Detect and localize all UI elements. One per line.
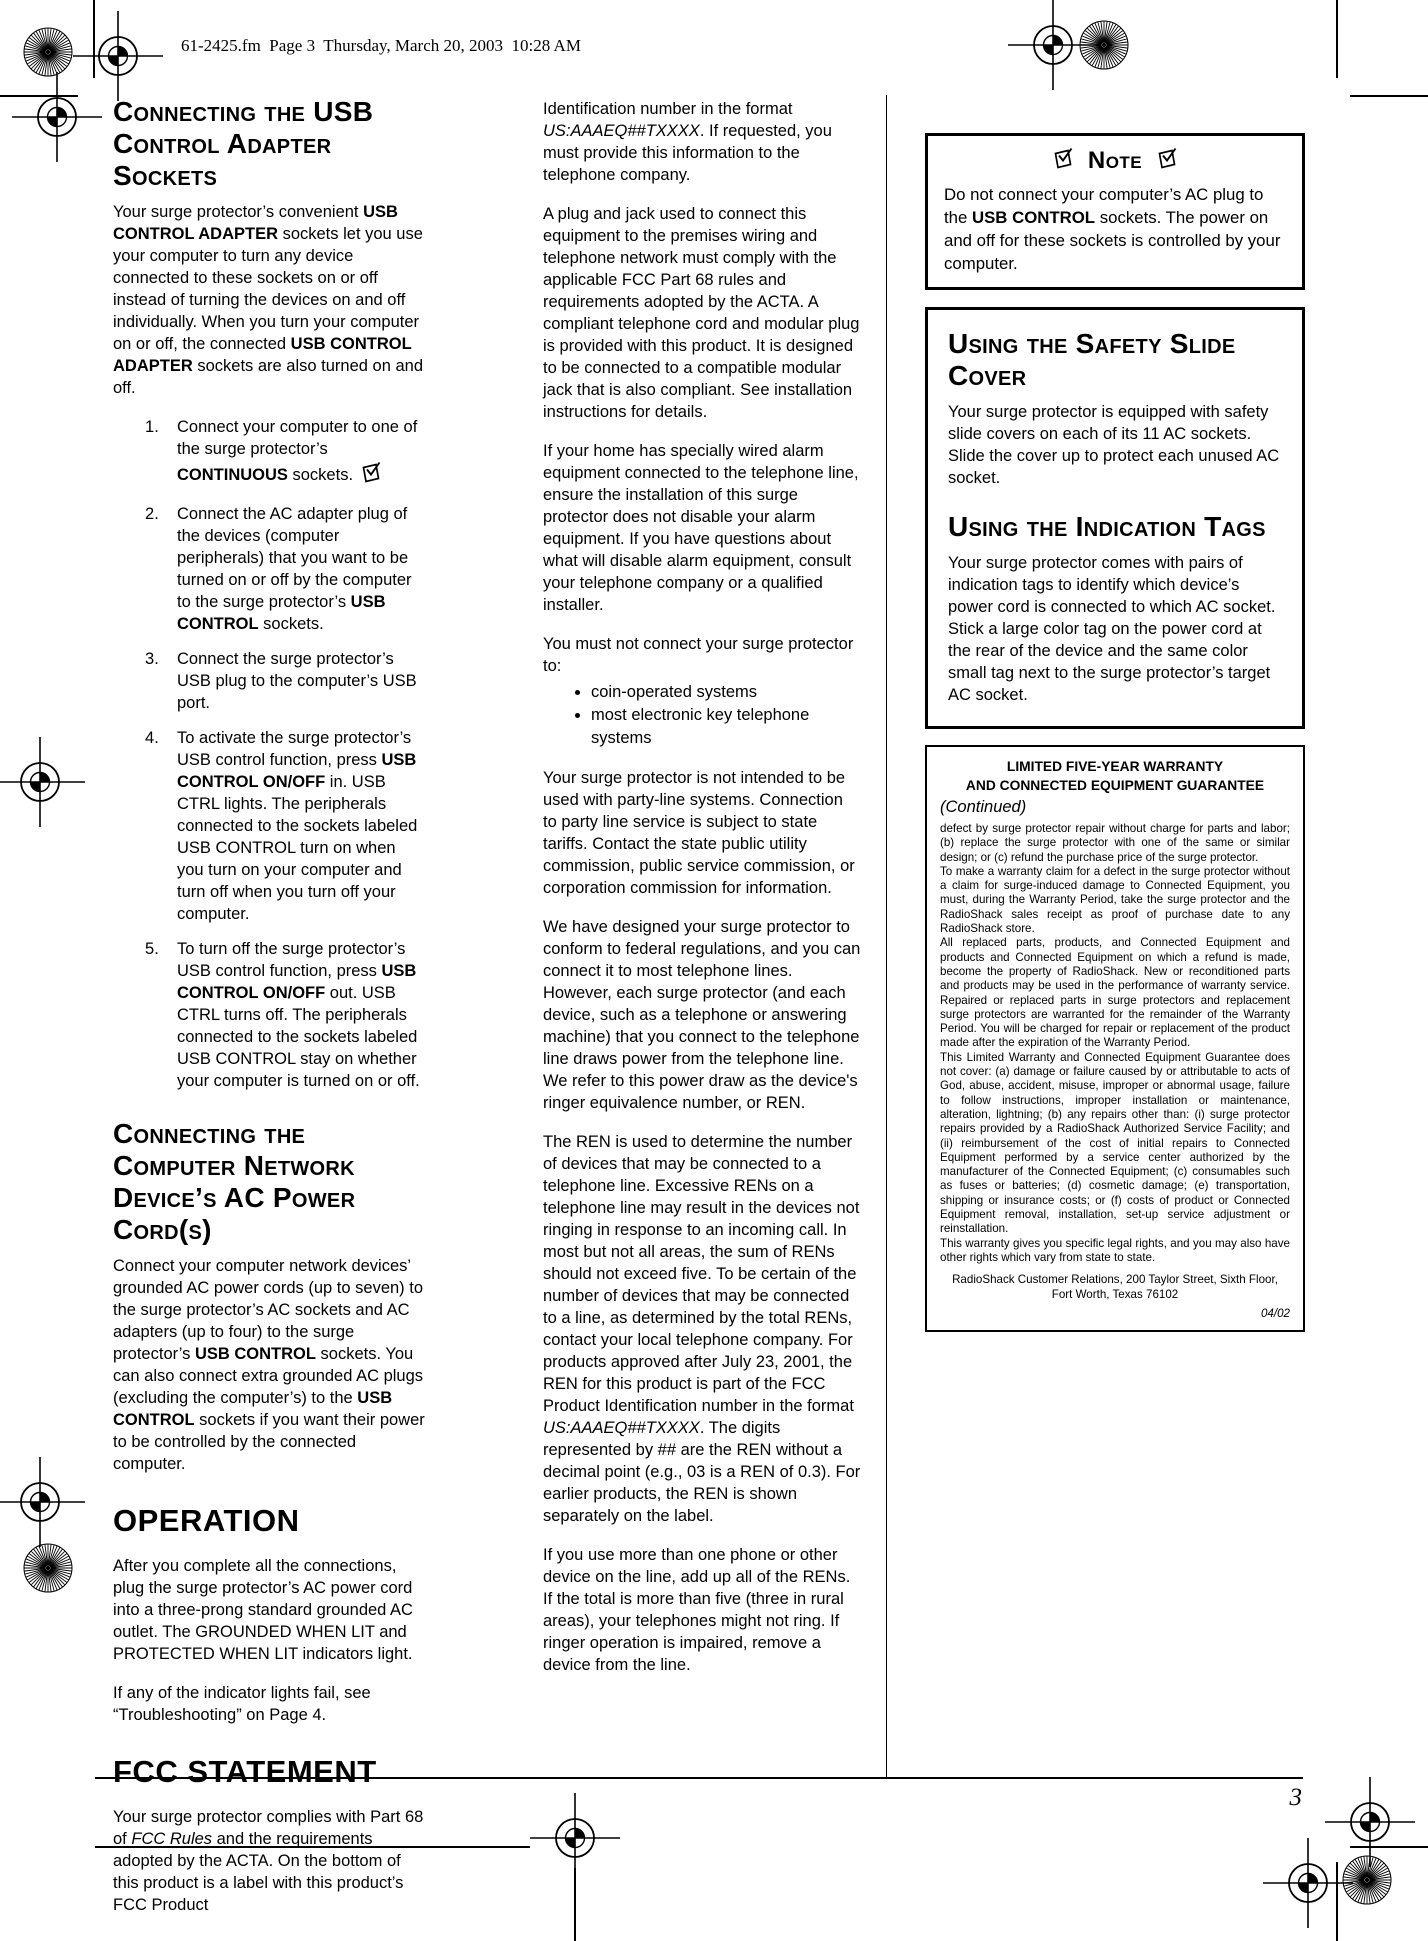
- registration-starburst-icon: [1078, 19, 1130, 76]
- paragraph: A plug and jack used to connect this equ…: [543, 203, 861, 423]
- paragraph: Your surge protector is not intended to …: [543, 767, 861, 899]
- paragraph: Your surge protector’s convenient USB CO…: [113, 201, 426, 399]
- note-title: Note: [1088, 147, 1142, 175]
- paragraph: After you complete all the connections, …: [113, 1555, 426, 1665]
- paragraph: You must not connect your surge protecto…: [543, 633, 861, 677]
- right-column: Note Do not connect your computer’s AC p…: [925, 133, 1305, 1332]
- warranty-revision-date: 04/02: [940, 1307, 1290, 1320]
- column-divider: [886, 95, 887, 1778]
- warranty-paragraph: This warranty gives you specific legal r…: [940, 1237, 1290, 1266]
- warranty-address: RadioShack Customer Relations, 200 Taylo…: [940, 1272, 1290, 1302]
- step-item: To turn off the surge protector’s USB co…: [113, 938, 426, 1092]
- section-heading-operation: OPERATION: [113, 1503, 426, 1539]
- section-heading-network-power-cords: Connecting the Computer Network Device’s…: [113, 1118, 426, 1246]
- paragraph: Connect your computer network devices’ g…: [113, 1255, 426, 1475]
- warranty-paragraph: To make a warranty claim for a defect in…: [940, 865, 1290, 936]
- paragraph: The REN is used to determine the number …: [543, 1131, 861, 1527]
- footer-rule: [95, 1777, 1303, 1779]
- registration-starburst-icon: [1341, 1854, 1393, 1911]
- paragraph: Your surge protector comes with pairs of…: [948, 552, 1282, 706]
- note-checklist-icon: [1050, 146, 1076, 175]
- registration-crosshair-icon: [0, 1456, 86, 1553]
- paragraph: If your home has specially wired alarm e…: [543, 440, 861, 616]
- crop-line: [1336, 0, 1338, 78]
- address-line: Fort Worth, Texas 76102: [1052, 1288, 1179, 1301]
- paragraph: Your surge protector is equipped with sa…: [948, 401, 1282, 489]
- note-title-row: Note: [944, 146, 1286, 175]
- warranty-title-line1: LIMITED FIVE-YEAR WARRANTY: [940, 757, 1290, 776]
- step-item: Connect the AC adapter plug of the devic…: [113, 503, 426, 635]
- paragraph: If any of the indicator lights fail, see…: [113, 1682, 426, 1726]
- paragraph: Your surge protector complies with Part …: [113, 1806, 426, 1916]
- crop-line: [1350, 95, 1428, 97]
- safety-and-tags-box: Using the Safety Slide Cover Your surge …: [925, 307, 1305, 729]
- note-checklist-icon: [358, 460, 384, 490]
- step-item: To activate the surge protector’s USB co…: [113, 727, 426, 925]
- warranty-box: LIMITED FIVE-YEAR WARRANTY AND CONNECTED…: [925, 745, 1305, 1332]
- warranty-paragraph: defect by surge protector repair without…: [940, 822, 1290, 865]
- page-number: 3: [1262, 1784, 1302, 1812]
- section-heading-fcc-statement: FCC STATEMENT: [113, 1754, 426, 1790]
- prohibited-systems-list: coin-operated systems most electronic ke…: [543, 681, 861, 750]
- warranty-paragraph: This Limited Warranty and Connected Equi…: [940, 1051, 1290, 1237]
- middle-column: Identification number in the format US:A…: [543, 98, 861, 1693]
- note-body: Do not connect your computer’s AC plug t…: [944, 183, 1286, 275]
- warranty-title-line2: AND CONNECTED EQUIPMENT GUARANTEE: [940, 776, 1290, 795]
- note-checklist-icon: [1154, 146, 1180, 175]
- usb-connection-steps: Connect your computer to one of the surg…: [113, 416, 426, 1092]
- warranty-paragraph: All replaced parts, products, and Connec…: [940, 936, 1290, 1050]
- registration-starburst-icon: [22, 1542, 74, 1599]
- section-heading-usb-control-adapter: Connecting the USB Control Adapter Socke…: [113, 96, 426, 192]
- address-line: RadioShack Customer Relations, 200 Taylo…: [952, 1273, 1278, 1286]
- step-item: Connect your computer to one of the surg…: [113, 416, 426, 490]
- section-heading-indication-tags: Using the Indication Tags: [948, 511, 1282, 543]
- bullet-item: most electronic key telephone systems: [591, 704, 861, 750]
- registration-crosshair-icon: [0, 736, 86, 833]
- warranty-continued-label: (Continued): [940, 798, 1290, 817]
- registration-crosshair-icon: [11, 71, 103, 168]
- manual-page: { "page": { "header": "61-2425.fm Page 3…: [0, 0, 1428, 1941]
- registration-crosshair-icon: [529, 1792, 621, 1889]
- bullet-item: coin-operated systems: [591, 681, 861, 704]
- left-column: Connecting the USB Control Adapter Socke…: [113, 96, 426, 1933]
- step-item: Connect the surge protector’s USB plug t…: [113, 648, 426, 714]
- note-box: Note Do not connect your computer’s AC p…: [925, 133, 1305, 290]
- print-header: 61-2425.fm Page 3 Thursday, March 20, 20…: [181, 36, 581, 56]
- section-heading-safety-slide-cover: Using the Safety Slide Cover: [948, 328, 1282, 392]
- paragraph: Identification number in the format US:A…: [543, 98, 861, 186]
- paragraph: If you use more than one phone or other …: [543, 1544, 861, 1676]
- paragraph: We have designed your surge protector to…: [543, 916, 861, 1114]
